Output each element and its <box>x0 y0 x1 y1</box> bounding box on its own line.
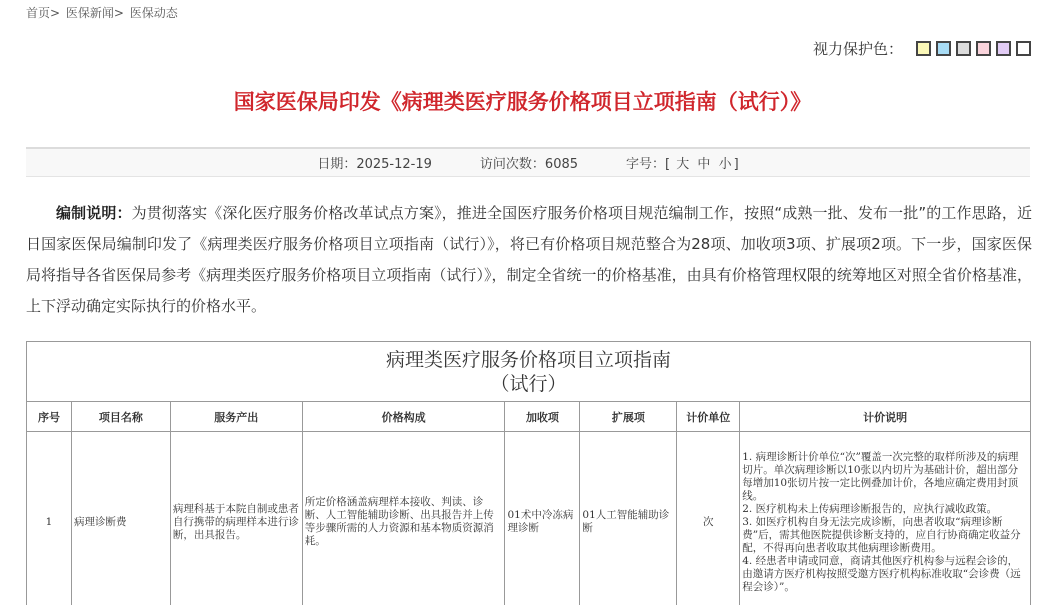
cell-extension: 01人工智能辅助诊断 <box>580 432 677 605</box>
table-header-row: 序号 项目名称 服务产出 价格构成 加收项 扩展项 计价单位 计价说明 <box>27 402 1031 432</box>
guide-table: 病理类医疗服务价格项目立项指南 （试行） 序号 项目名称 服务产出 价格构成 加… <box>26 341 1031 605</box>
date-value: 2025-12-19 <box>356 157 432 172</box>
note-4: 4. 经患者申请或同意，商请其他医疗机构参与远程会诊的，由邀请方医疗机构按照受邀… <box>742 555 1028 594</box>
breadcrumb-dynamics[interactable]: 医保动态 <box>130 6 178 20</box>
eye-protection-picker: 视力保护色： <box>813 38 1031 59</box>
bracket-close: ] <box>734 157 739 172</box>
intro-label: 编制说明： <box>56 204 132 222</box>
swatch-purple[interactable] <box>996 41 1011 56</box>
visits-value: 6085 <box>545 157 578 172</box>
font-size-control: 字号：[ 大 中 小] <box>626 153 739 172</box>
swatch-white[interactable] <box>1016 41 1031 56</box>
cell-notes: 1. 病理诊断计价单位“次”覆盖一次完整的取样所涉及的病理切片。单次病理诊断以1… <box>740 432 1031 605</box>
header-surcharge: 加收项 <box>505 402 580 432</box>
cell-price-composition: 所定价格涵盖病理样本接收、判读、诊断、人工智能辅助诊断、出具报告并上传等步骤所需… <box>302 432 505 605</box>
font-size-label: 字号： <box>626 157 665 172</box>
publish-date: 日期：2025-12-19 <box>317 153 432 172</box>
header-output: 服务产出 <box>170 402 302 432</box>
article-intro: 编制说明：为贯彻落实《深化医疗服务价格改革试点方案》，推进全国医疗服务价格项目规… <box>26 198 1032 322</box>
swatch-pink[interactable] <box>976 41 991 56</box>
header-name: 项目名称 <box>71 402 170 432</box>
swatch-blue[interactable] <box>936 41 951 56</box>
font-size-small-button[interactable]: 小 <box>719 157 732 172</box>
cell-surcharge: 01术中冷冻病理诊断 <box>505 432 580 605</box>
cell-name: 病理诊断费 <box>71 432 170 605</box>
breadcrumb-home[interactable]: 首页> <box>26 6 60 20</box>
note-1: 1. 病理诊断计价单位“次”覆盖一次完整的取样所涉及的病理切片。单次病理诊断以1… <box>742 451 1028 503</box>
table-caption: 病理类医疗服务价格项目立项指南 （试行） <box>27 342 1031 402</box>
header-no: 序号 <box>27 402 72 432</box>
caption-line-2: （试行） <box>28 372 1029 396</box>
visits-label: 访问次数： <box>480 157 545 172</box>
eye-protection-label: 视力保护色： <box>813 38 903 59</box>
visit-count: 访问次数：6085 <box>480 153 578 172</box>
header-unit: 计价单位 <box>677 402 740 432</box>
article-title: 国家医保局印发《病理类医疗服务价格项目立项指南（试行）》 <box>0 86 1045 116</box>
header-price-composition: 价格构成 <box>302 402 505 432</box>
cell-no: 1 <box>27 432 72 605</box>
font-size-medium-button[interactable]: 中 <box>697 157 710 172</box>
breadcrumb-news[interactable]: 医保新闻> <box>66 6 124 20</box>
swatch-gray[interactable] <box>956 41 971 56</box>
article-meta-bar: 日期：2025-12-19 访问次数：6085 字号：[ 大 中 小] <box>26 147 1030 177</box>
caption-line-1: 病理类医疗服务价格项目立项指南 <box>28 348 1029 372</box>
note-2: 2. 医疗机构未上传病理诊断报告的，应执行减收政策。 <box>742 503 1028 516</box>
font-size-large-button[interactable]: 大 <box>676 157 689 172</box>
swatch-yellow[interactable] <box>916 41 931 56</box>
note-3: 3. 如医疗机构自身无法完成诊断，向患者收取“病理诊断费”后，需其他医院提供诊断… <box>742 516 1028 555</box>
intro-text: 为贯彻落实《深化医疗服务价格改革试点方案》，推进全国医疗服务价格项目规范编制工作… <box>26 204 1032 315</box>
header-notes: 计价说明 <box>740 402 1031 432</box>
header-extension: 扩展项 <box>580 402 677 432</box>
breadcrumb: 首页> 医保新闻> 医保动态 <box>26 4 180 21</box>
cell-unit: 次 <box>677 432 740 605</box>
date-label: 日期： <box>317 157 356 172</box>
bracket-open: [ <box>665 157 670 172</box>
cell-output: 病理科基于本院自制或患者自行携带的病理样本进行诊断，出具报告。 <box>170 432 302 605</box>
table-row: 1 病理诊断费 病理科基于本院自制或患者自行携带的病理样本进行诊断，出具报告。 … <box>27 432 1031 605</box>
